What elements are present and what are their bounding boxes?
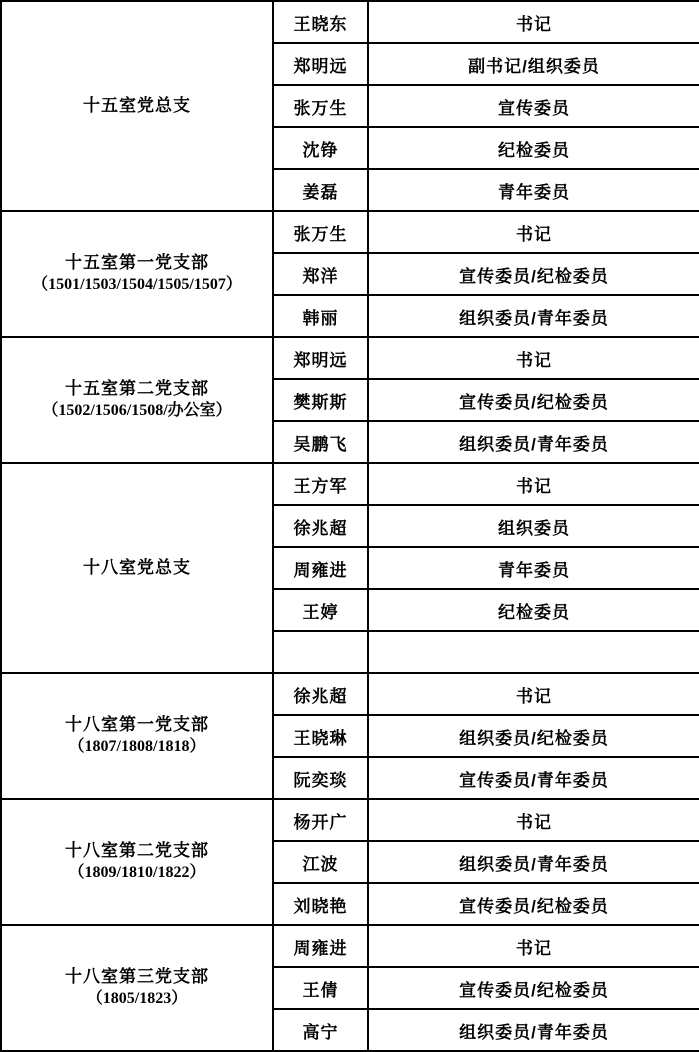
member-name-cell: 徐兆超 (273, 673, 368, 715)
group-rooms: （1807/1808/1818） (2, 736, 272, 758)
group-name: 十八室第一党支部 (2, 714, 272, 736)
member-name-cell: 高宁 (273, 1009, 368, 1051)
member-name-cell: 徐兆超 (273, 505, 368, 547)
member-role-cell: 宣传委员/纪检委员 (368, 253, 699, 295)
group-name: 十五室党总支 (2, 95, 272, 117)
group-cell: 十八室党总支 (1, 463, 273, 673)
member-name-cell: 郑洋 (273, 253, 368, 295)
group-cell: 十八室第三党支部（1805/1823） (1, 925, 273, 1051)
document-page: 十五室党总支王晓东书记郑明远副书记/组织委员张万生宣传委员沈铮纪检委员姜磊青年委… (0, 0, 699, 1002)
member-role-cell: 书记 (368, 925, 699, 967)
member-role-cell: 纪检委员 (368, 127, 699, 169)
group-cell: 十八室第二党支部（1809/1810/1822） (1, 799, 273, 925)
member-role-cell: 组织委员/青年委员 (368, 295, 699, 337)
member-name-cell: 王方军 (273, 463, 368, 505)
member-role-cell: 副书记/组织委员 (368, 43, 699, 85)
member-name-cell (273, 631, 368, 673)
member-role-cell: 宣传委员/纪检委员 (368, 967, 699, 1009)
member-role-cell: 书记 (368, 799, 699, 841)
group-cell: 十八室第一党支部（1807/1808/1818） (1, 673, 273, 799)
member-role-cell: 青年委员 (368, 169, 699, 211)
member-role-cell: 组织委员/青年委员 (368, 841, 699, 883)
member-role-cell: 组织委员/纪检委员 (368, 715, 699, 757)
member-name-cell: 郑明远 (273, 43, 368, 85)
member-name-cell: 刘晓艳 (273, 883, 368, 925)
member-role-cell: 宣传委员/纪检委员 (368, 379, 699, 421)
table-row: 十五室党总支王晓东书记 (1, 1, 699, 43)
table-row: 十八室第二党支部（1809/1810/1822）杨开广书记 (1, 799, 699, 841)
org-structure-table: 十五室党总支王晓东书记郑明远副书记/组织委员张万生宣传委员沈铮纪检委员姜磊青年委… (0, 0, 699, 1052)
member-role-cell: 宣传委员/青年委员 (368, 757, 699, 799)
member-role-cell: 组织委员/青年委员 (368, 1009, 699, 1051)
member-name-cell: 王晓琳 (273, 715, 368, 757)
member-name-cell: 杨开广 (273, 799, 368, 841)
member-role-cell: 组织委员/青年委员 (368, 421, 699, 463)
member-name-cell: 周雍进 (273, 925, 368, 967)
member-name-cell: 王倩 (273, 967, 368, 1009)
member-name-cell: 王婷 (273, 589, 368, 631)
member-role-cell: 书记 (368, 211, 699, 253)
table-row: 十五室第二党支部（1502/1506/1508/办公室）郑明远书记 (1, 337, 699, 379)
table-row: 十八室第一党支部（1807/1808/1818）徐兆超书记 (1, 673, 699, 715)
member-name-cell: 沈铮 (273, 127, 368, 169)
group-name: 十五室第二党支部 (2, 378, 272, 400)
group-cell: 十五室第二党支部（1502/1506/1508/办公室） (1, 337, 273, 463)
member-role-cell: 书记 (368, 1, 699, 43)
group-rooms: （1501/1503/1504/1505/1507） (2, 274, 272, 296)
group-name: 十八室第三党支部 (2, 966, 272, 988)
member-role-cell: 宣传委员 (368, 85, 699, 127)
member-role-cell: 书记 (368, 673, 699, 715)
member-role-cell: 书记 (368, 337, 699, 379)
member-name-cell: 张万生 (273, 211, 368, 253)
member-name-cell: 郑明远 (273, 337, 368, 379)
member-name-cell: 张万生 (273, 85, 368, 127)
table-row: 十八室党总支王方军书记 (1, 463, 699, 505)
member-role-cell (368, 631, 699, 673)
member-role-cell: 组织委员 (368, 505, 699, 547)
group-name: 十五室第一党支部 (2, 252, 272, 274)
table-row: 十五室第一党支部（1501/1503/1504/1505/1507）张万生书记 (1, 211, 699, 253)
member-name-cell: 姜磊 (273, 169, 368, 211)
group-name: 十八室第二党支部 (2, 840, 272, 862)
member-role-cell: 纪检委员 (368, 589, 699, 631)
group-rooms: （1805/1823） (2, 988, 272, 1010)
member-role-cell: 青年委员 (368, 547, 699, 589)
group-cell: 十五室党总支 (1, 1, 273, 211)
member-name-cell: 阮奕琰 (273, 757, 368, 799)
group-rooms: （1809/1810/1822） (2, 862, 272, 884)
member-name-cell: 江波 (273, 841, 368, 883)
group-rooms: （1502/1506/1508/办公室） (2, 400, 272, 422)
member-role-cell: 书记 (368, 463, 699, 505)
table-row: 十八室第三党支部（1805/1823）周雍进书记 (1, 925, 699, 967)
member-name-cell: 王晓东 (273, 1, 368, 43)
group-name: 十八室党总支 (2, 557, 272, 579)
member-name-cell: 吴鹏飞 (273, 421, 368, 463)
member-name-cell: 韩丽 (273, 295, 368, 337)
member-role-cell: 宣传委员/纪检委员 (368, 883, 699, 925)
group-cell: 十五室第一党支部（1501/1503/1504/1505/1507） (1, 211, 273, 337)
member-name-cell: 周雍进 (273, 547, 368, 589)
member-name-cell: 樊斯斯 (273, 379, 368, 421)
